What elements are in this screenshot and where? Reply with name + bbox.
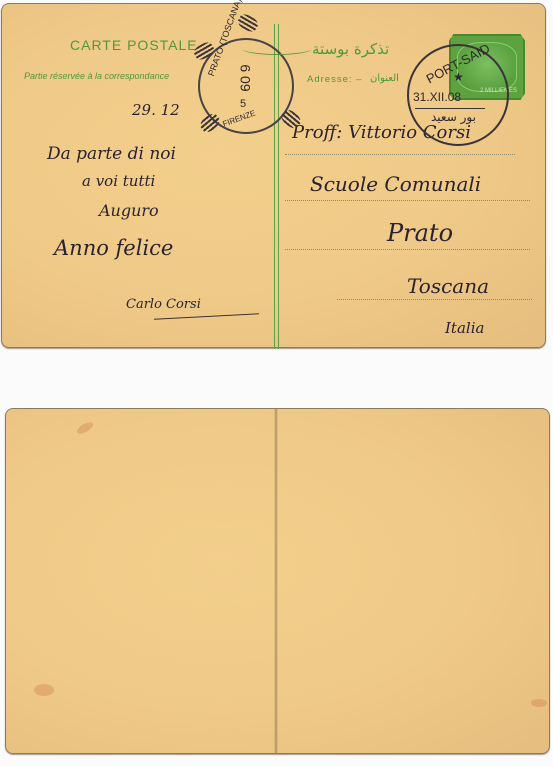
- address-line-country: Italia: [445, 319, 484, 337]
- postmark-port-said: PORT-SAID 31.XII.08 بور سعيد ★: [407, 44, 509, 146]
- postmark-sub: FIRENZE: [221, 108, 256, 128]
- message-line: Da parte di noi: [47, 144, 176, 164]
- address-line: [285, 249, 530, 250]
- postcard-front: CARTE POSTALE Partie réservée à la corre…: [1, 3, 546, 348]
- arabic-address-label: العنوان: [370, 73, 399, 84]
- postmark-bar: [415, 108, 485, 109]
- star-icon: ★: [453, 70, 464, 84]
- postmark-wedge: [236, 12, 260, 34]
- stain: [531, 699, 547, 707]
- correspondence-label: Partie réservée à la correspondance: [24, 71, 169, 81]
- postmark-date: 31.XII.08: [413, 90, 461, 104]
- postmark-extra: 5: [240, 98, 246, 110]
- message-date: 29. 12: [132, 101, 180, 119]
- postmark-arabic: بور سعيد: [431, 110, 476, 124]
- message-line: a voi tutti: [82, 172, 155, 190]
- arabic-title: تذكرة بوستة: [312, 40, 389, 58]
- address-line: [285, 200, 530, 201]
- stain: [34, 684, 54, 696]
- message-line: Anno felice: [54, 236, 173, 260]
- card-title: CARTE POSTALE: [70, 37, 198, 53]
- printed-flourish: [242, 42, 312, 55]
- center-fold: [274, 409, 278, 753]
- signature-underline: [154, 313, 259, 319]
- postmark-date: 6 09: [238, 64, 254, 91]
- signature: Carlo Corsi: [126, 297, 201, 312]
- address-line: [285, 154, 515, 155]
- stain: [75, 420, 95, 436]
- address-line: [337, 299, 532, 300]
- address-line-school: Scuole Comunali: [310, 172, 481, 196]
- address-line-city: Prato: [387, 219, 453, 247]
- address-line-region: Toscana: [407, 274, 489, 298]
- address-label: Adresse: –: [307, 74, 362, 85]
- postcard-back: [5, 408, 550, 754]
- message-line: Auguro: [99, 201, 159, 220]
